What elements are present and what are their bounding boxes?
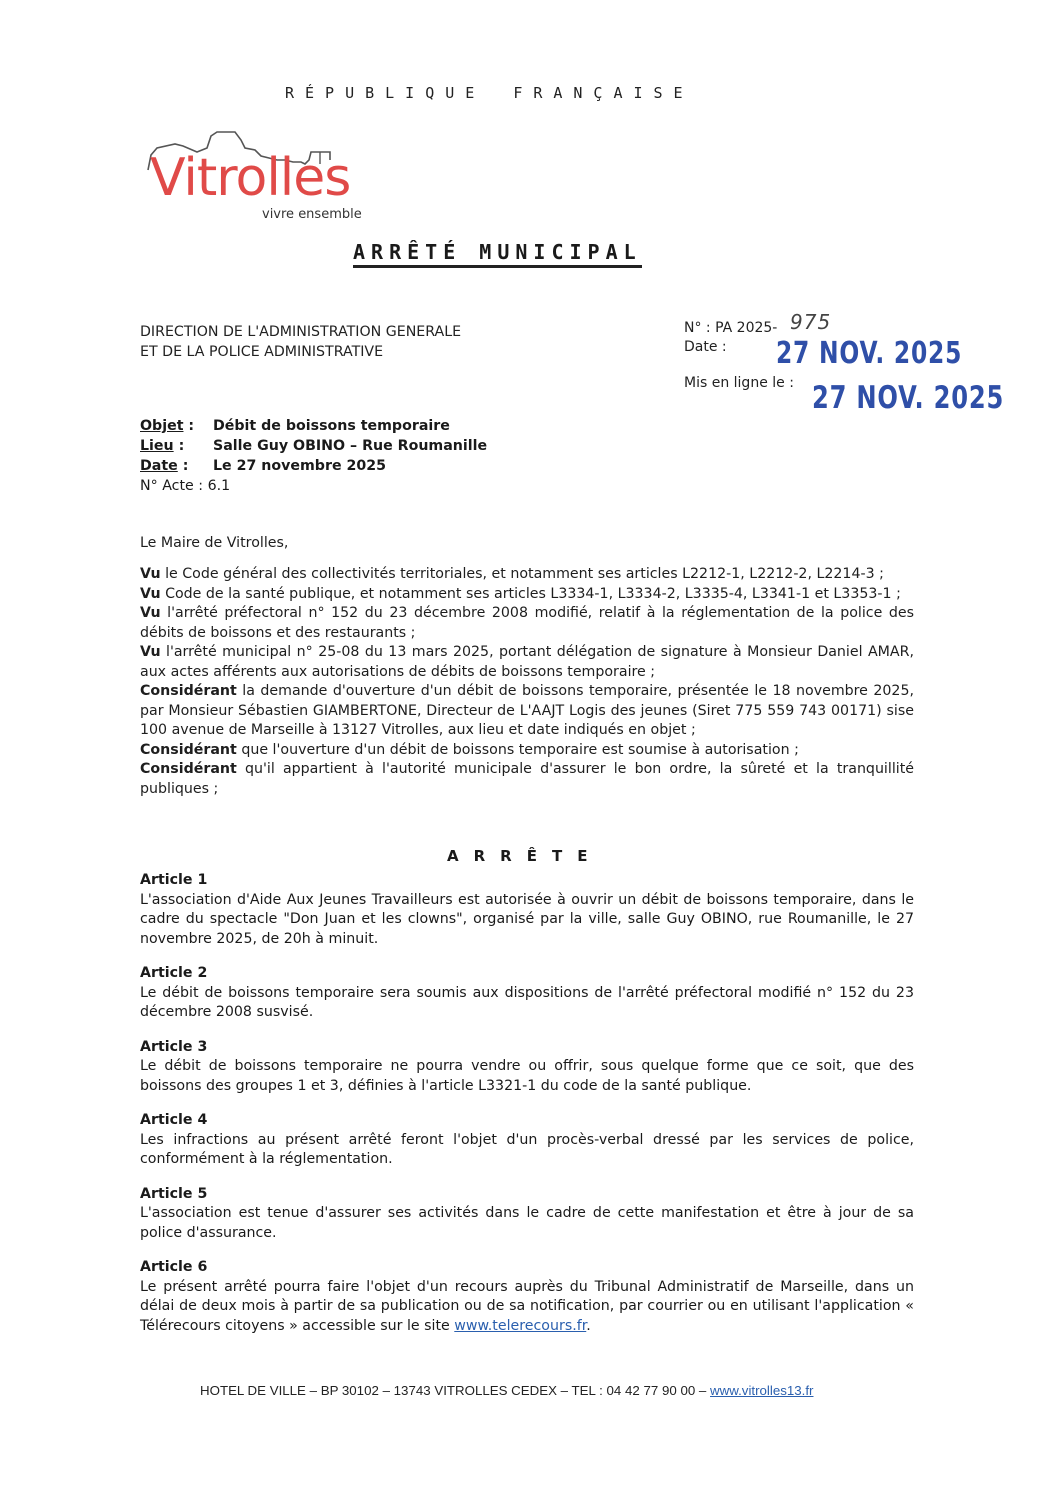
article-body: Le présent arrêté pourra faire l'objet d… — [140, 1278, 914, 1337]
article: Article 2Le débit de boissons temporaire… — [140, 964, 914, 1023]
department-line-1: DIRECTION DE L'ADMINISTRATION GENERALE — [140, 322, 461, 342]
consideration-text: l'arrêté municipal n° 25-08 du 13 mars 2… — [140, 644, 914, 680]
document-title: ARRÊTÉ MUNICIPAL — [353, 240, 642, 268]
lieu-row: Lieu : Salle Guy OBINO – Rue Roumanille — [140, 436, 487, 456]
reference-number-label: N° : PA 2025- — [684, 318, 777, 338]
article-title: Article 1 — [140, 871, 914, 891]
department-line-2: ET DE LA POLICE ADMINISTRATIVE — [140, 342, 461, 362]
online-date-label: Mis en ligne le : — [684, 375, 794, 391]
footer-address: HOTEL DE VILLE – BP 30102 – 13743 VITROL… — [200, 1383, 710, 1398]
online-date-stamp: 27 NOV. 2025 — [812, 380, 1004, 416]
republique-word: RÉPUBLIQUE — [285, 84, 485, 102]
consideration-lead: Vu — [140, 566, 161, 582]
date-row-label: Date — [140, 458, 178, 474]
article-title: Article 5 — [140, 1185, 914, 1205]
article-body: L'association d'Aide Aux Jeunes Travaill… — [140, 891, 914, 950]
consideration-lead: Vu — [140, 586, 161, 602]
footer-contact: HOTEL DE VILLE – BP 30102 – 13743 VITROL… — [200, 1383, 813, 1398]
article-body: Les infractions au présent arrêté feront… — [140, 1131, 914, 1170]
article: Article 4Les infractions au présent arrê… — [140, 1111, 914, 1170]
article-body: L'association est tenue d'assurer ses ac… — [140, 1204, 914, 1243]
article: Article 5L'association est tenue d'assur… — [140, 1185, 914, 1244]
issuing-department: DIRECTION DE L'ADMINISTRATION GENERALE E… — [140, 322, 461, 362]
date-label: Date : — [684, 339, 727, 355]
consideration-lead: Vu — [140, 605, 161, 621]
logo-tagline: vivre ensemble — [262, 207, 362, 222]
consideration-text: le Code général des collectivités territ… — [161, 566, 884, 582]
objet-value: Débit de boissons temporaire — [213, 416, 450, 436]
consideration-item: Vu le Code général des collectivités ter… — [140, 565, 914, 585]
consideration-item: Vu l'arrêté préfectoral n° 152 du 23 déc… — [140, 604, 914, 643]
date-row: Date : Le 27 novembre 2025 — [140, 456, 487, 476]
article-title: Article 3 — [140, 1038, 914, 1058]
lieu-label: Lieu — [140, 438, 174, 454]
consideration-lead: Considérant — [140, 761, 237, 777]
consideration-text: la demande d'ouverture d'un débit de boi… — [140, 683, 914, 738]
consideration-item: Considérant la demande d'ouverture d'un … — [140, 682, 914, 741]
handwritten-number: 975 — [790, 310, 831, 334]
lieu-value: Salle Guy OBINO – Rue Roumanille — [213, 436, 487, 456]
objet-row: Objet : Débit de boissons temporaire — [140, 416, 487, 436]
mayor-salutation: Le Maire de Vitrolles, — [140, 534, 914, 554]
consideration-item: Considérant qu'il appartient à l'autorit… — [140, 760, 914, 799]
francaise-word: FRANÇAISE — [513, 84, 693, 102]
article-body: Le débit de boissons temporaire ne pourr… — [140, 1057, 914, 1096]
vitrolles-logo: Vitrolles — [150, 152, 350, 204]
article: Article 6Le présent arrêté pourra faire … — [140, 1258, 914, 1336]
consideration-text: que l'ouverture d'un débit de boissons t… — [237, 742, 799, 758]
article: Article 3Le débit de boissons temporaire… — [140, 1038, 914, 1097]
consideration-text: l'arrêté préfectoral n° 152 du 23 décemb… — [140, 605, 914, 641]
article-title: Article 4 — [140, 1111, 914, 1131]
consideration-text: Code de la santé publique, et notamment … — [161, 586, 901, 602]
subject-block: Objet : Débit de boissons temporaire Lie… — [140, 416, 487, 496]
consideration-text: qu'il appartient à l'autorité municipale… — [140, 761, 914, 797]
article-title: Article 2 — [140, 964, 914, 984]
objet-label: Objet — [140, 418, 183, 434]
decision-heading: ARRÊTE — [447, 847, 602, 865]
articles-list: Article 1L'association d'Aide Aux Jeunes… — [140, 871, 914, 1351]
article-title: Article 6 — [140, 1258, 914, 1278]
consideration-item: Considérant que l'ouverture d'un débit d… — [140, 741, 914, 761]
website-link[interactable]: www.vitrolles13.fr — [710, 1383, 813, 1398]
consideration-item: Vu Code de la santé publique, et notamme… — [140, 585, 914, 605]
consideration-lead: Considérant — [140, 742, 237, 758]
republique-francaise-heading: RÉPUBLIQUEFRANÇAISE — [285, 84, 694, 102]
legal-considerations: Vu le Code général des collectivités ter… — [140, 565, 914, 799]
date-value: Le 27 novembre 2025 — [213, 456, 386, 476]
date-stamp: 27 NOV. 2025 — [776, 336, 962, 371]
consideration-item: Vu l'arrêté municipal n° 25-08 du 13 mar… — [140, 643, 914, 682]
article-body: Le débit de boissons temporaire sera sou… — [140, 984, 914, 1023]
consideration-lead: Considérant — [140, 683, 237, 699]
telerecours-link[interactable]: www.telerecours.fr — [454, 1318, 586, 1334]
article: Article 1L'association d'Aide Aux Jeunes… — [140, 871, 914, 949]
acte-number: N° Acte : 6.1 — [140, 476, 487, 496]
consideration-lead: Vu — [140, 644, 161, 660]
